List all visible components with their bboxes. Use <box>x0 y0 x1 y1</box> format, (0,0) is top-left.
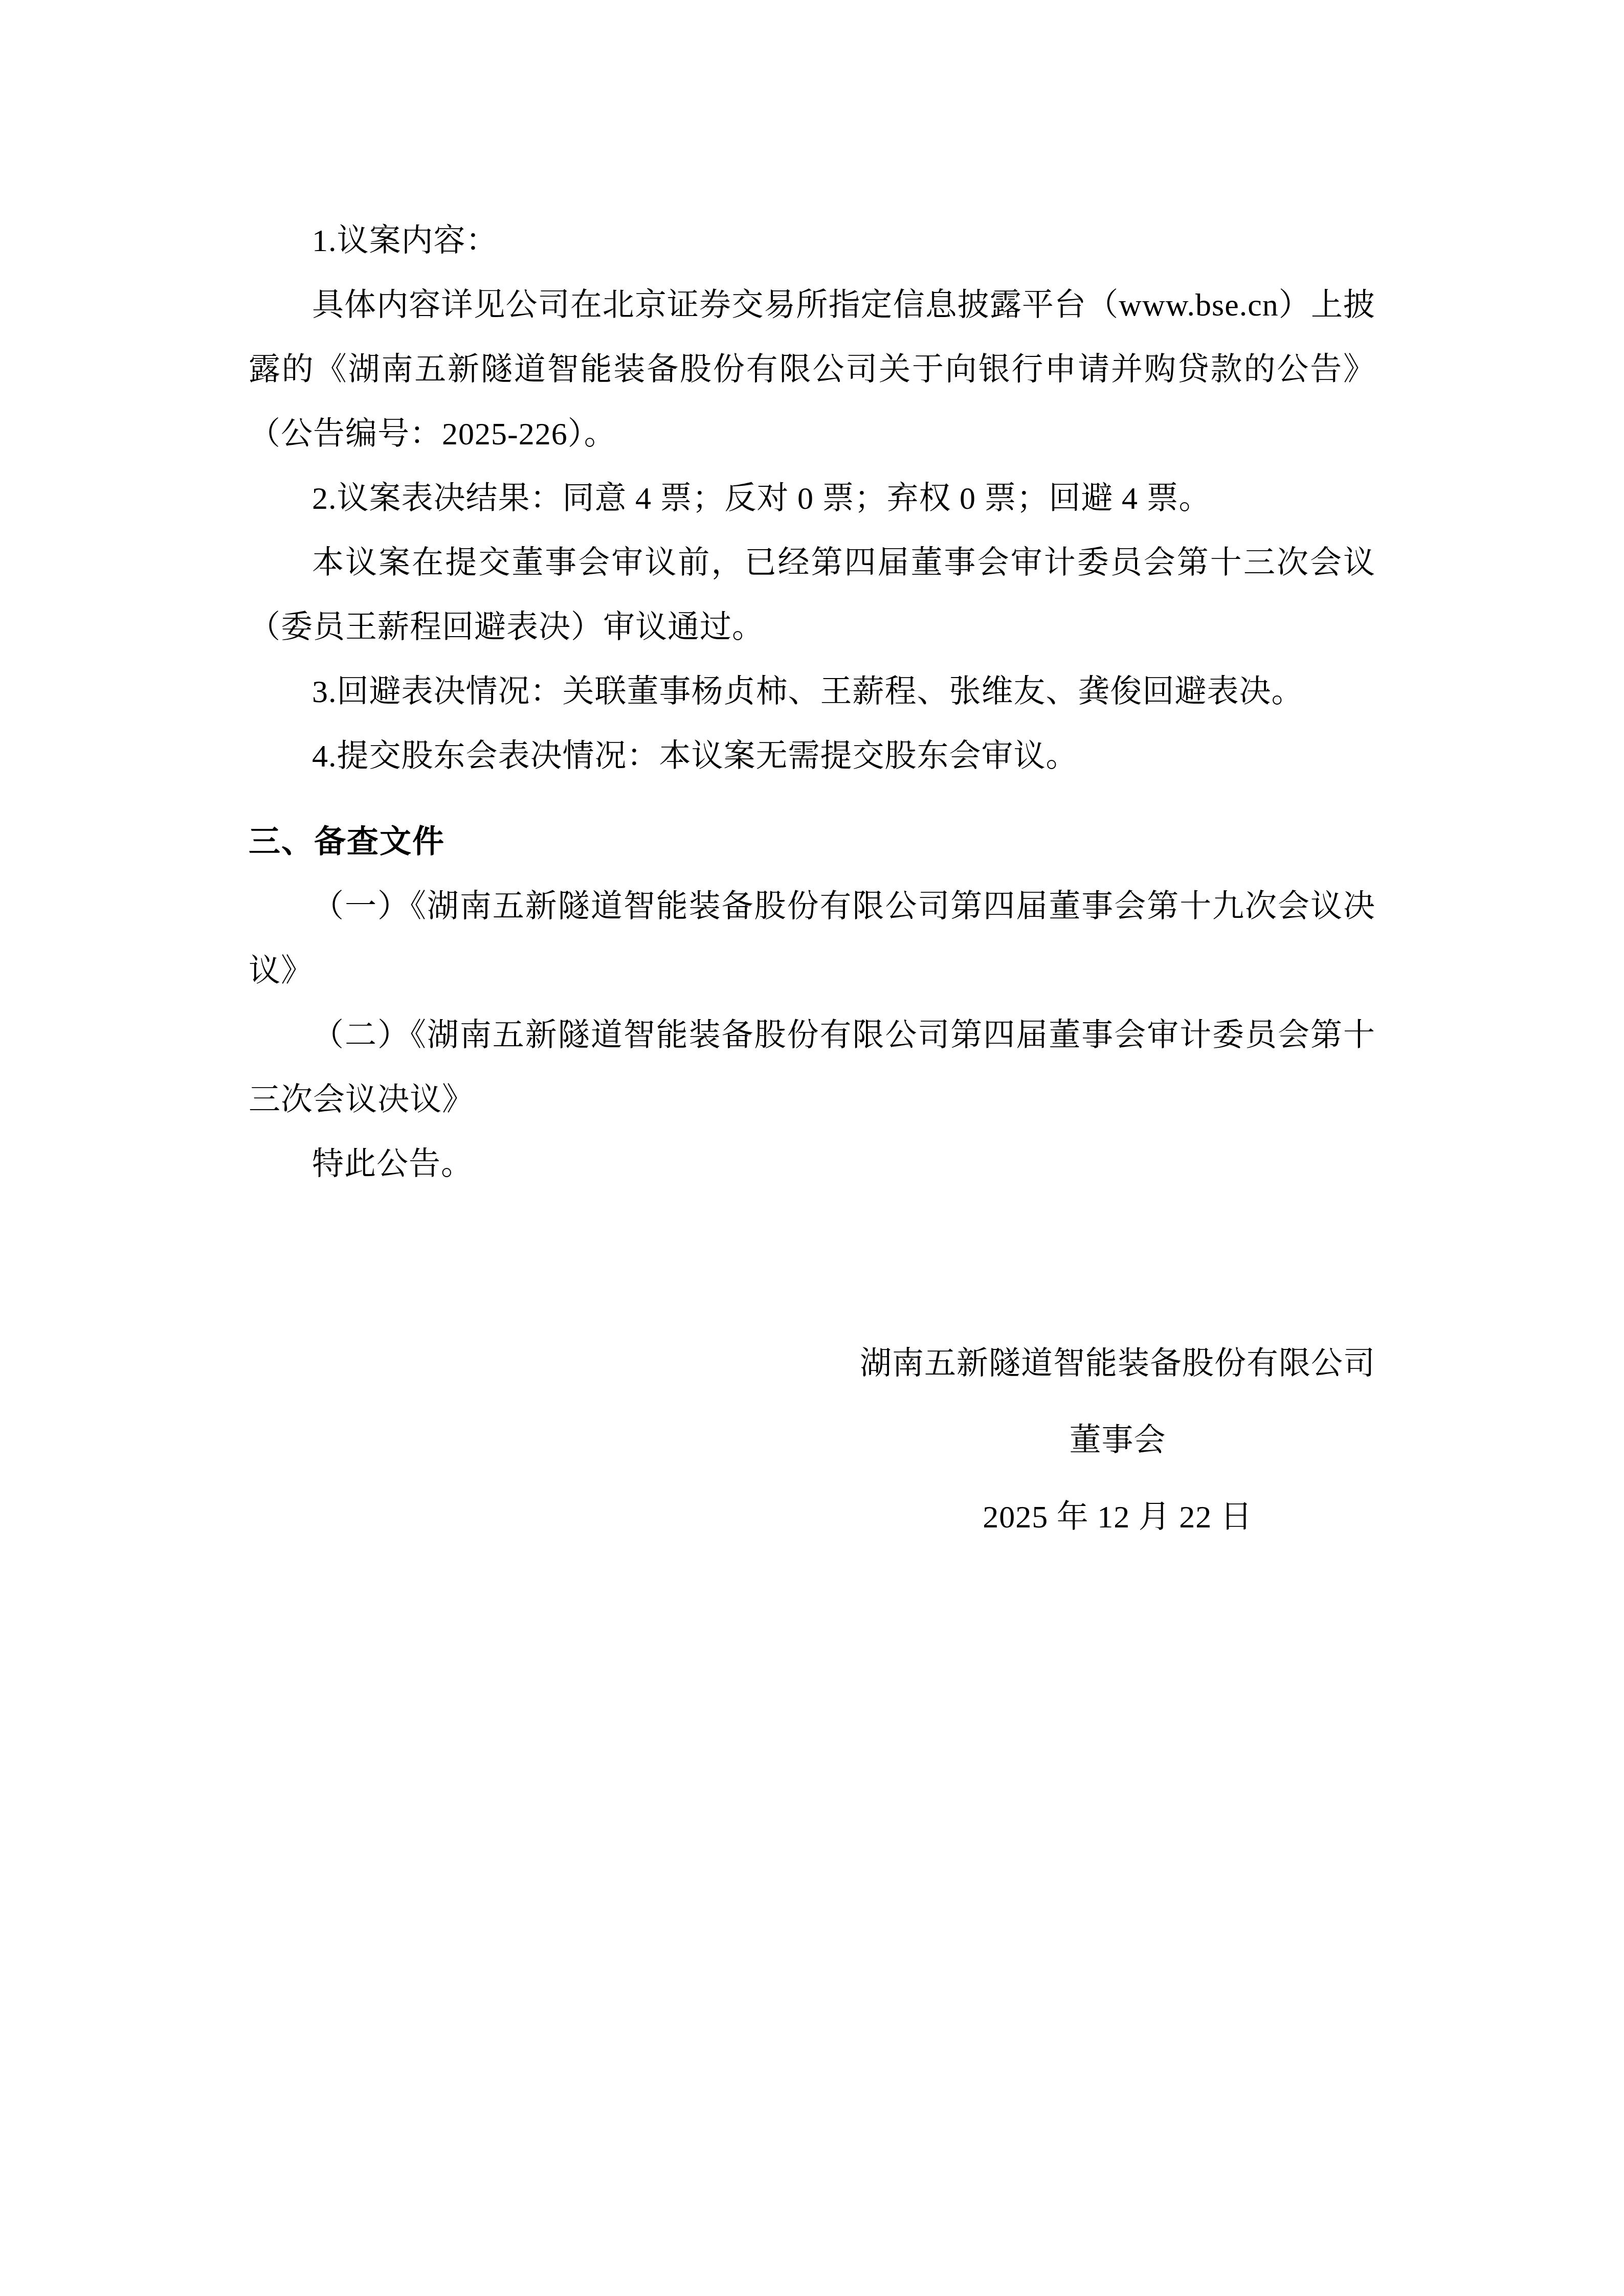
body-paragraph-abstention: 3.回避表决情况：关联董事杨贞柿、王薪程、张维友、龚俊回避表决。 <box>249 660 1375 724</box>
signature-date: 2025 年 12 月 22 日 <box>860 1479 1375 1556</box>
reference-document-1: （一）《湖南五新隧道智能装备股份有限公司第四届董事会第十九次会议决议》 <box>249 874 1375 1003</box>
body-paragraph-item-content-label: 1.议案内容： <box>249 209 1375 273</box>
announcement-page: 1.议案内容： 具体内容详见公司在北京证券交易所指定信息披露平台（www.bse… <box>0 0 1624 2296</box>
document-body: 1.议案内容： 具体内容详见公司在北京证券交易所指定信息披露平台（www.bse… <box>249 209 1375 1556</box>
section-heading-reference-documents: 三、备查文件 <box>249 810 1375 874</box>
reference-document-2: （二）《湖南五新隧道智能装备股份有限公司第四届董事会审计委员会第十三次会议决议》 <box>249 1003 1375 1132</box>
signature-board-of-directors: 董事会 <box>860 1402 1375 1479</box>
body-paragraph-audit-committee: 本议案在提交董事会审议前，已经第四届董事会审计委员会第十三次会议（委员王薪程回避… <box>249 531 1375 660</box>
body-paragraph-vote-result: 2.议案表决结果：同意 4 票；反对 0 票；弃权 0 票；回避 4 票。 <box>249 466 1375 531</box>
signature-company-name: 湖南五新隧道智能装备股份有限公司 <box>860 1325 1375 1402</box>
body-paragraph-disclosure-detail: 具体内容详见公司在北京证券交易所指定信息披露平台（www.bse.cn）上披露的… <box>249 273 1375 466</box>
body-paragraph-shareholder-meeting: 4.提交股东会表决情况：本议案无需提交股东会审议。 <box>249 724 1375 789</box>
closing-statement: 特此公告。 <box>249 1132 1375 1197</box>
signature-block: 湖南五新隧道智能装备股份有限公司 董事会 2025 年 12 月 22 日 <box>860 1325 1375 1556</box>
